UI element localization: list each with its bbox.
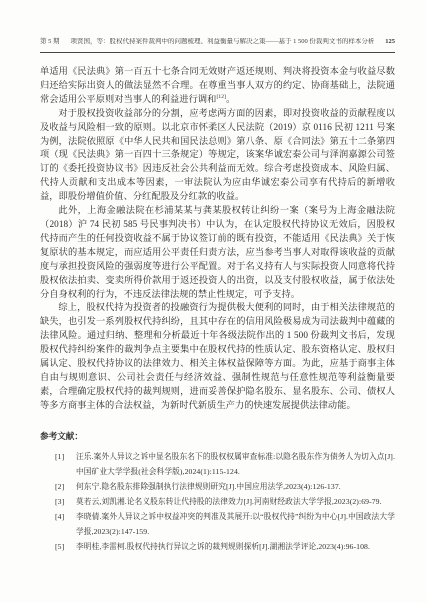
reference-text: 汪乐.案外人异议之诉中显名股东名下的股权权属审查标准:以隐名股东作为债务人为切入… (76, 452, 395, 476)
reference-text: 何东宁.隐名股东排除强制执行法律规则研究[J].中国应用法学,2023(4):1… (76, 482, 341, 491)
reference-item: [1] 汪乐.案外人异议之诉中显名股东名下的股权权属审查标准:以隐名股东作为债务… (55, 449, 395, 479)
issue-label: 第 5 期 (40, 38, 60, 46)
reference-item: [2] 何东宁.隐名股东排除强制执行法律规则研究[J].中国应用法学,2023(… (55, 479, 395, 494)
reference-label: [3] (55, 494, 64, 509)
body-paragraph: 单适用《民法典》第一百五十七条合同无效财产返还规则、判决将投资本金与收益尽数归还… (40, 65, 395, 107)
page-header: 第 5 期 项贤国，等：股权代持案件裁判中的问题梳理、利益衡量与解决之策——基于… (40, 38, 395, 46)
journal-page: 第 5 期 项贤国，等：股权代持案件裁判中的问题梳理、利益衡量与解决之策——基于… (0, 0, 427, 603)
reference-item: [5] 李明桂,李雷柯.股权代持执行异议之诉的裁判规则探析[J].湖湘法学评论,… (55, 539, 395, 554)
reference-text: 李明桂,李雷柯.股权代持执行异议之诉的裁判规则探析[J].湖湘法学评论,2023… (76, 542, 370, 551)
reference-text: 李晓倩.案外人异议之诉中权益冲突的判准及其展开:以“股权代持”纠纷为中心[J].… (76, 512, 395, 536)
references-heading: 参考文献： (40, 430, 395, 442)
references-list: [1] 汪乐.案外人异议之诉中显名股东名下的股权权属审查标准:以隐名股东作为债务… (55, 449, 395, 554)
reference-item: [3] 莫若云,刘凯湘.论名义股东转让代持股的法律效力[J].河南财经政法大学学… (55, 494, 395, 509)
reference-label: [2] (55, 479, 64, 494)
page-number: 125 (385, 38, 395, 46)
citation-superscript: [12] (216, 94, 226, 100)
reference-label: [5] (55, 539, 64, 554)
reference-label: [4] (55, 509, 64, 524)
article-body: 单适用《民法典》第一百五十七条合同无效财产返还规则、判决将投资本金与收益尽数归还… (40, 65, 395, 413)
paragraph-tail: 。 (226, 94, 235, 104)
reference-label: [1] (55, 449, 64, 464)
running-title: 项贤国，等：股权代持案件裁判中的问题梳理、利益衡量与解决之策——基于 1 500… (66, 38, 380, 46)
reference-text: 莫若云,刘凯湘.论名义股东转让代持股的法律效力[J].河南财经政法大学学报,20… (76, 497, 382, 506)
body-paragraph: 综上，股权代持为投资者的投融资行为提供极大便利的同时，由于相关法律规范的缺失，也… (40, 301, 395, 412)
body-paragraph: 对于股权投资收益部分的分割，应考虑两方面的因素，即对投资收益的贡献程度以及收益与… (40, 107, 395, 204)
header-rule (40, 52, 395, 53)
body-paragraph: 此外，上海金融法院在杉浦某某与龚某股权转让纠纷一案（案号为上海金融法院（2018… (40, 204, 395, 301)
reference-item: [4] 李晓倩.案外人异议之诉中权益冲突的判准及其展开:以“股权代持”纠纷为中心… (55, 509, 395, 539)
